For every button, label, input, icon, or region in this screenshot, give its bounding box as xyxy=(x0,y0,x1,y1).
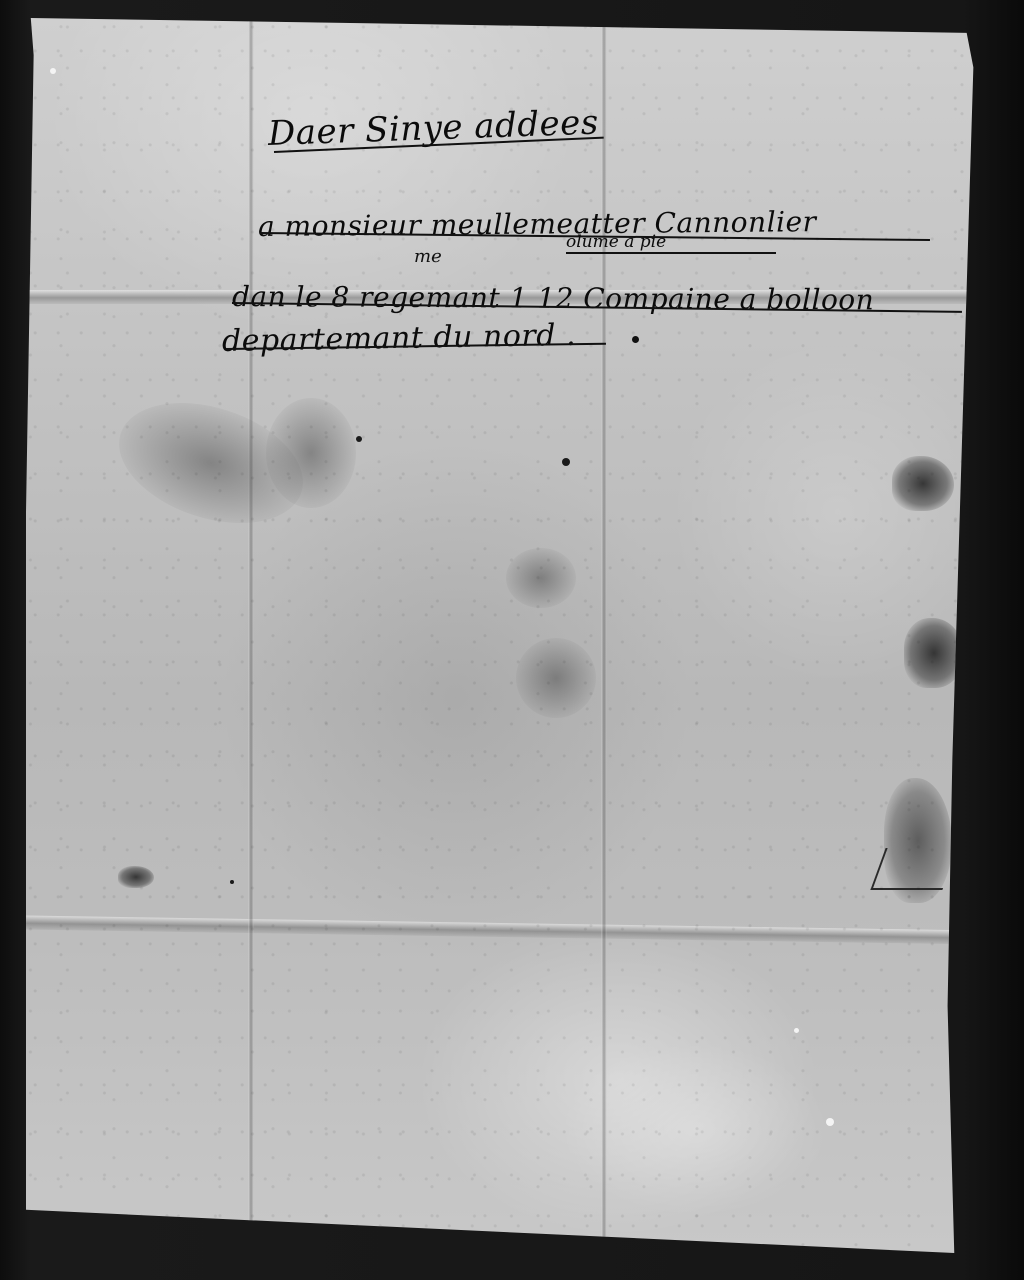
fold-line-lower xyxy=(26,916,981,945)
closing-dot xyxy=(632,336,639,343)
letter-paper: Daer Sinye addees a monsieur meullemeatt… xyxy=(26,18,981,1253)
edge-stain xyxy=(884,778,952,903)
address-block: Daer Sinye addees a monsieur meullemeatt… xyxy=(26,18,981,1253)
address-line-4: departemant du nord . xyxy=(222,318,577,359)
address-line-2: a monsieur meullemeatter Cannonlier xyxy=(258,205,817,243)
underline-stroke xyxy=(274,137,604,153)
underline-stroke xyxy=(260,232,930,241)
fold-line-left xyxy=(248,18,254,1253)
ink-smudge xyxy=(266,398,356,508)
ink-smudge xyxy=(506,548,576,608)
speck xyxy=(50,68,56,74)
fold-line-upper xyxy=(26,290,981,304)
speck xyxy=(230,880,234,884)
underline-stroke xyxy=(226,343,606,350)
interlinear-insertion: olume a pie xyxy=(566,232,666,252)
speck xyxy=(562,458,570,466)
underline-stroke xyxy=(566,252,776,254)
paper-tear xyxy=(870,848,957,890)
ink-smudge xyxy=(516,638,596,718)
underline-stroke xyxy=(232,302,962,313)
fold-line-right xyxy=(601,18,607,1253)
address-line-3: dan le 8 regemant 1 12 Compaine a bolloo… xyxy=(232,280,874,316)
speck xyxy=(794,1028,799,1033)
superscript-ordinal: me xyxy=(414,246,442,267)
ink-blot xyxy=(118,866,154,888)
speck xyxy=(356,436,362,442)
ink-smudge xyxy=(104,381,319,544)
speck xyxy=(826,1118,834,1126)
edge-stain xyxy=(892,456,954,511)
address-line-1: Daer Sinye addees xyxy=(267,102,599,154)
